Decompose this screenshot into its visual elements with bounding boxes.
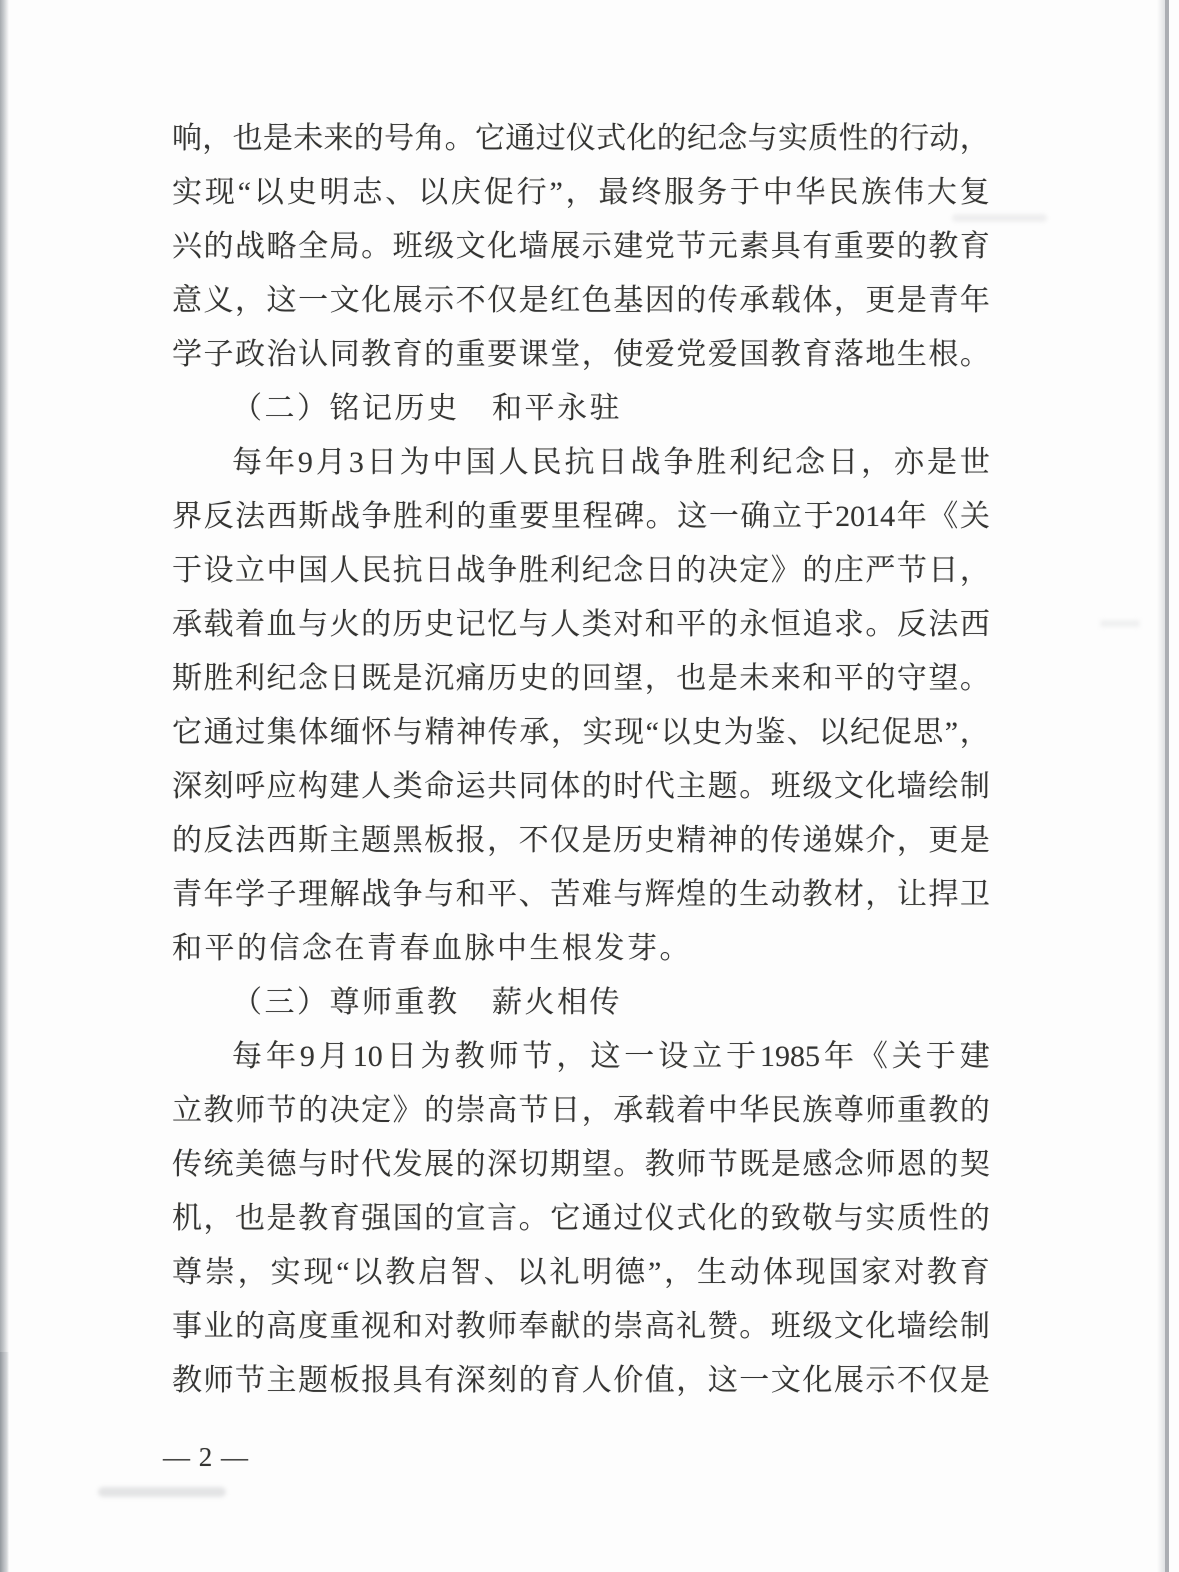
- page-number: — 2 —: [163, 1437, 249, 1477]
- text-line: 传统美德与时代发展的深切期望。教师节既是感念师恩的契: [172, 1138, 990, 1192]
- text-line: 实现“以史明志、以庆促行”，最终服务于中华民族伟大复: [172, 166, 990, 220]
- text-line: 事业的高度重视和对教师奉献的崇高礼赞。班级文化墙绘制: [172, 1300, 990, 1354]
- scan-edge-left-shadow: [0, 1352, 9, 1572]
- text-line: 界反法西斯战争胜利的重要里程碑。这一确立于2014年《关: [172, 490, 990, 544]
- scan-smudge: [1100, 620, 1140, 627]
- text-line: 立教师节的决定》的崇高节日，承载着中华民族尊师重教的: [172, 1084, 990, 1138]
- text-line: 的反法西斯主题黑板报，不仅是历史精神的传递媒介，更是: [172, 814, 990, 868]
- text-line: 兴的战略全局。班级文化墙展示建党节元素具有重要的教育: [172, 220, 990, 274]
- text-line: 深刻呼应构建人类命运共同体的时代主题。班级文化墙绘制: [172, 760, 990, 814]
- scanned-document-page: 响，也是未来的号角。它通过仪式化的纪念与实质性的行动，实现“以史明志、以庆促行”…: [0, 0, 1179, 1572]
- section-heading: （三）尊师重教 薪火相传: [172, 976, 990, 1030]
- text-line: 它通过集体缅怀与精神传承，实现“以史为鉴、以纪促思”，: [172, 706, 990, 760]
- text-line: 于设立中国人民抗日战争胜利纪念日的决定》的庄严节日，: [172, 544, 990, 598]
- text-line: 尊崇，实现“以教启智、以礼明德”，生动体现国家对教育: [172, 1246, 990, 1300]
- scan-edge-right-fade: [1157, 0, 1165, 1572]
- text-line: 意义，这一文化展示不仅是红色基因的传承载体，更是青年: [172, 274, 990, 328]
- text-line: 教师节主题板报具有深刻的育人价值，这一文化展示不仅是: [172, 1354, 990, 1408]
- text-line: 学子政治认同教育的重要课堂，使爱党爱国教育落地生根。: [172, 328, 990, 382]
- text-line: 每年9月3日为中国人民抗日战争胜利纪念日，亦是世: [172, 436, 990, 490]
- text-line: 和平的信念在青春血脉中生根发芽。: [172, 922, 990, 976]
- scan-edge-right: [1165, 0, 1169, 1572]
- text-line: 青年学子理解战争与和平、苦难与辉煌的生动教材，让捍卫: [172, 868, 990, 922]
- text-column: 响，也是未来的号角。它通过仪式化的纪念与实质性的行动，实现“以史明志、以庆促行”…: [172, 112, 990, 1408]
- text-line: 每年9月10日为教师节，这一设立于1985年《关于建: [172, 1030, 990, 1084]
- scan-smudge: [98, 1487, 226, 1497]
- text-line: 机，也是教育强国的宣言。它通过仪式化的致敬与实质性的: [172, 1192, 990, 1246]
- scan-edge-left: [0, 0, 9, 1572]
- section-heading: （二）铭记历史 和平永驻: [172, 382, 990, 436]
- text-line: 斯胜利纪念日既是沉痛历史的回望，也是未来和平的守望。: [172, 652, 990, 706]
- text-line: 承载着血与火的历史记忆与人类对和平的永恒追求。反法西: [172, 598, 990, 652]
- text-line: 响，也是未来的号角。它通过仪式化的纪念与实质性的行动，: [172, 112, 990, 166]
